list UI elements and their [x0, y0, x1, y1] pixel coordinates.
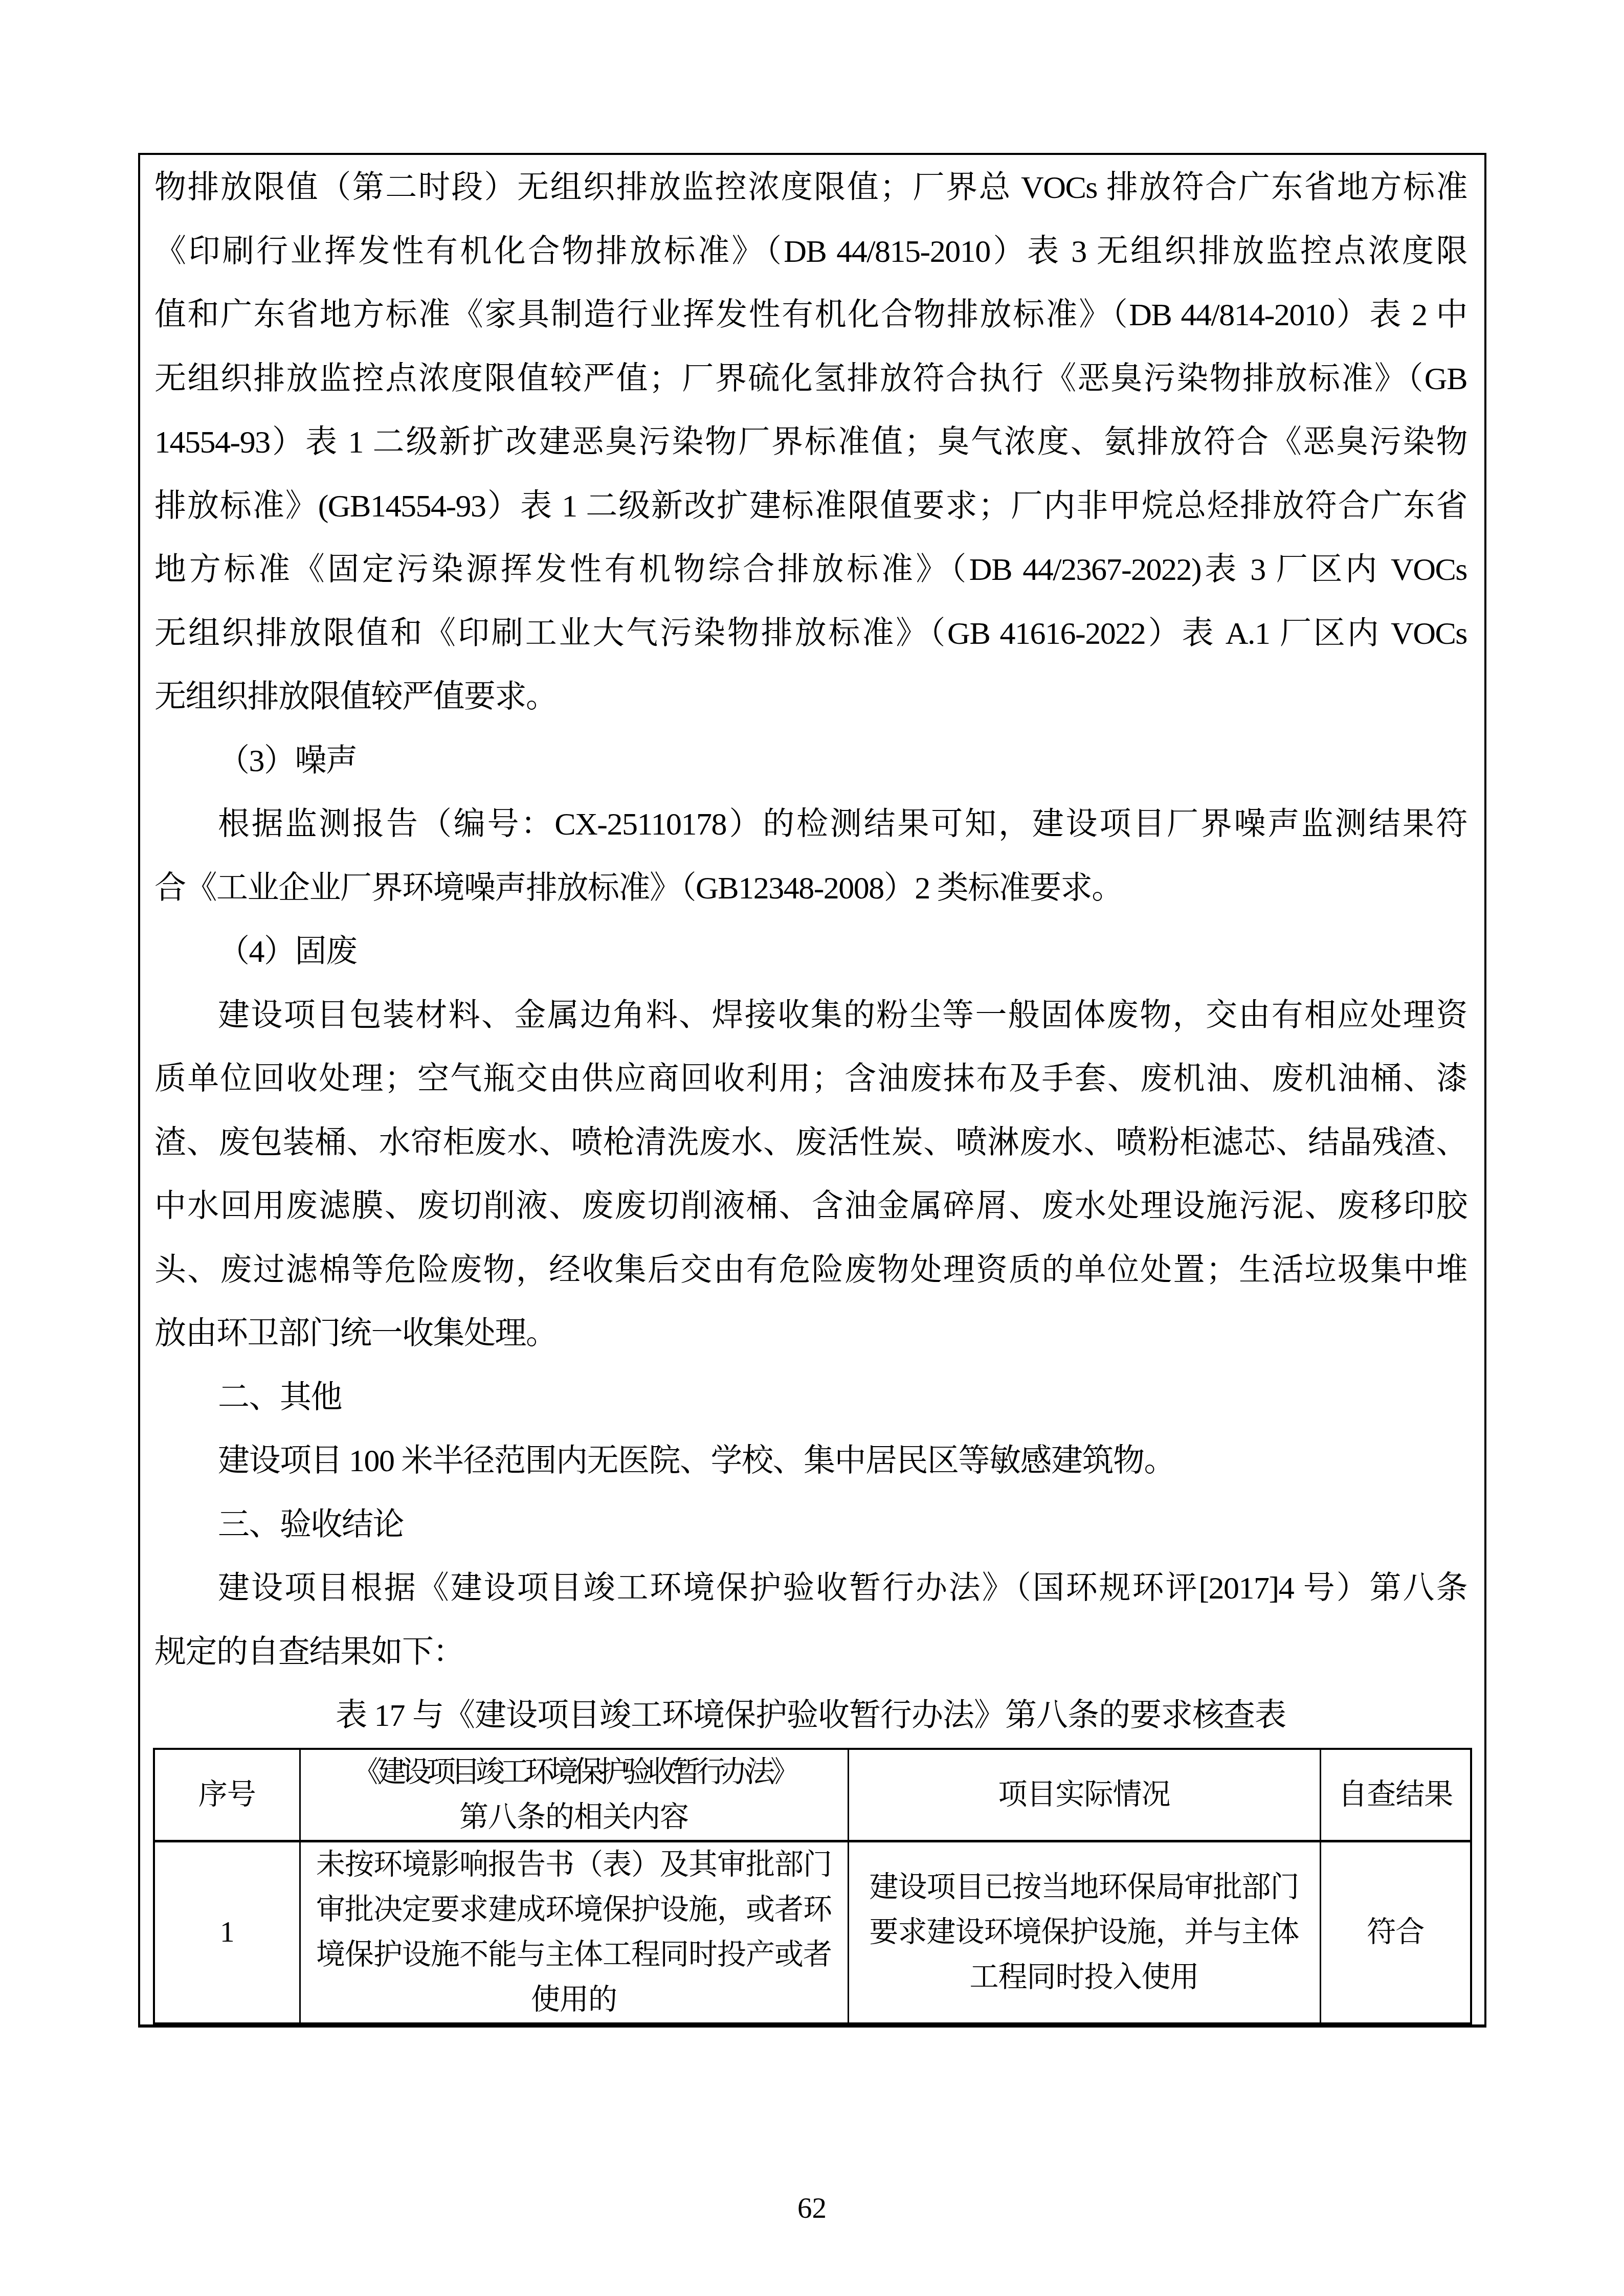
check-table: 序号 《建设项目竣工环境保护验收暂行办法》第八条的相关内容 项目实际情况 自查结… — [153, 1748, 1472, 2024]
table-header-row: 序号 《建设项目竣工环境保护验收暂行办法》第八条的相关内容 项目实际情况 自查结… — [154, 1749, 1471, 1841]
text-line: 合《工业企业厂界环境噪声排放标准》（GB12348-2008）2 类标准要求。 — [154, 857, 1467, 920]
page: 物排放限值（第二时段）无组织排放监控浓度限值；厂界总 VOCs 排放符合广东省地… — [0, 0, 1624, 2296]
cell-line: 审批决定要求建成环境保护设施，或者环 — [301, 1887, 848, 1932]
text-line: 地方标准《固定污染源挥发性有机物综合排放标准》（DB 44/2367-2022)… — [154, 538, 1467, 602]
text-line: （3）噪声 — [154, 729, 1467, 793]
text-line: 建设项目根据《建设项目竣工环境保护验收暂行办法》（国环规环评[2017]4 号）… — [154, 1557, 1467, 1620]
text-line: 值和广东省地方标准《家具制造行业挥发性有机化合物排放标准》（DB 44/814-… — [154, 283, 1467, 347]
table-row: 1 未按环境影响报告书（表）及其审批部门审批决定要求建成环境保护设施，或者环境保… — [154, 1841, 1471, 2023]
text-line: 无组织排放监控点浓度限值较严值；厂界硫化氢排放符合执行《恶臭污染物排放标准》（G… — [154, 347, 1467, 411]
cell-result: 符合 — [1320, 1841, 1471, 2023]
text-line: 物排放限值（第二时段）无组织排放监控浓度限值；厂界总 VOCs 排放符合广东省地… — [154, 156, 1467, 220]
document-page: { "colors": { "background": "#ffffff", "… — [0, 0, 1624, 2296]
text-line: 渣、废包装桶、水帘柜废水、喷枪清洗废水、废活性炭、喷淋废水、喷粉柜滤芯、结晶残渣… — [154, 1111, 1467, 1175]
header-index: 序号 — [154, 1749, 300, 1841]
cell-line: 境保护设施不能与主体工程同时投产或者 — [301, 1932, 848, 1977]
cell-line: 未按环境影响报告书（表）及其审批部门 — [301, 1842, 848, 1887]
cell-line: 要求建设环境保护设施，并与主体 — [849, 1910, 1320, 1955]
text-line: 放由环卫部门统一收集处理。 — [154, 1302, 1467, 1366]
text-line: 排放标准》(GB14554-93）表 1 二级新改扩建标准限值要求；厂内非甲烷总… — [154, 475, 1467, 538]
text-line: 《印刷行业挥发性有机化合物排放标准》（DB 44/815-2010）表 3 无组… — [154, 220, 1467, 284]
text-line: 无组织排放限值较严值要求。 — [154, 665, 1467, 729]
cell-line: 工程同时投入使用 — [849, 1955, 1320, 2000]
text-line: 头、废过滤棉等危险废物，经收集后交由有危险废物处理资质的单位处置；生活垃圾集中堆 — [154, 1239, 1467, 1302]
text-line: 二、其他 — [154, 1366, 1467, 1430]
text-line: 无组织排放限值和《印刷工业大气污染物排放标准》（GB 41616-2022）表 … — [154, 602, 1467, 666]
header-measure: 《建设项目竣工环境保护验收暂行办法》第八条的相关内容 — [300, 1749, 848, 1841]
cell-line: 第八条的相关内容 — [301, 1795, 848, 1840]
text-line: 根据监测报告（编号：CX-25110178）的检测结果可知，建设项目厂界噪声监测… — [154, 793, 1467, 857]
cell-actual: 建设项目已按当地环保局审批部门要求建设环境保护设施，并与主体工程同时投入使用 — [848, 1841, 1320, 2023]
text-line: 14554-93）表 1 二级新扩改建恶臭污染物厂界标准值；臭气浓度、氨排放符合… — [154, 411, 1467, 475]
text-line: 建设项目 100 米半径范围内无医院、学校、集中居民区等敏感建筑物。 — [154, 1429, 1467, 1493]
table-caption: 表 17 与《建设项目竣工环境保护验收暂行办法》第八条的要求核查表 — [154, 1684, 1467, 1748]
cell-line: 《建设项目竣工环境保护验收暂行办法》 — [301, 1750, 848, 1795]
cell-measure: 未按环境影响报告书（表）及其审批部门审批决定要求建成环境保护设施，或者环境保护设… — [300, 1841, 848, 2023]
text-line: 三、验收结论 — [154, 1493, 1467, 1557]
cell-index: 1 — [154, 1841, 300, 2023]
page-number: 62 — [0, 2191, 1624, 2226]
text-line: 质单位回收处理；空气瓶交由供应商回收利用；含油废抹布及手套、废机油、废机油桶、漆 — [154, 1047, 1467, 1111]
cell-line: 使用的 — [301, 1977, 848, 2022]
header-result: 自查结果 — [1320, 1749, 1471, 1841]
header-actual: 项目实际情况 — [848, 1749, 1320, 1841]
body-text: 物排放限值（第二时段）无组织排放监控浓度限值；厂界总 VOCs 排放符合广东省地… — [140, 155, 1484, 1748]
text-line: （4）固废 — [154, 920, 1467, 984]
text-line: 建设项目包装材料、金属边角料、焊接收集的粉尘等一般固体废物，交由有相应处理资 — [154, 984, 1467, 1048]
text-line: 规定的自查结果如下： — [154, 1620, 1467, 1684]
cell-line: 建设项目已按当地环保局审批部门 — [849, 1865, 1320, 1910]
text-line: 中水回用废滤膜、废切削液、废废切削液桶、含油金属碎屑、废水处理设施污泥、废移印胶 — [154, 1175, 1467, 1239]
content-frame: 物排放限值（第二时段）无组织排放监控浓度限值；厂界总 VOCs 排放符合广东省地… — [138, 153, 1486, 2028]
